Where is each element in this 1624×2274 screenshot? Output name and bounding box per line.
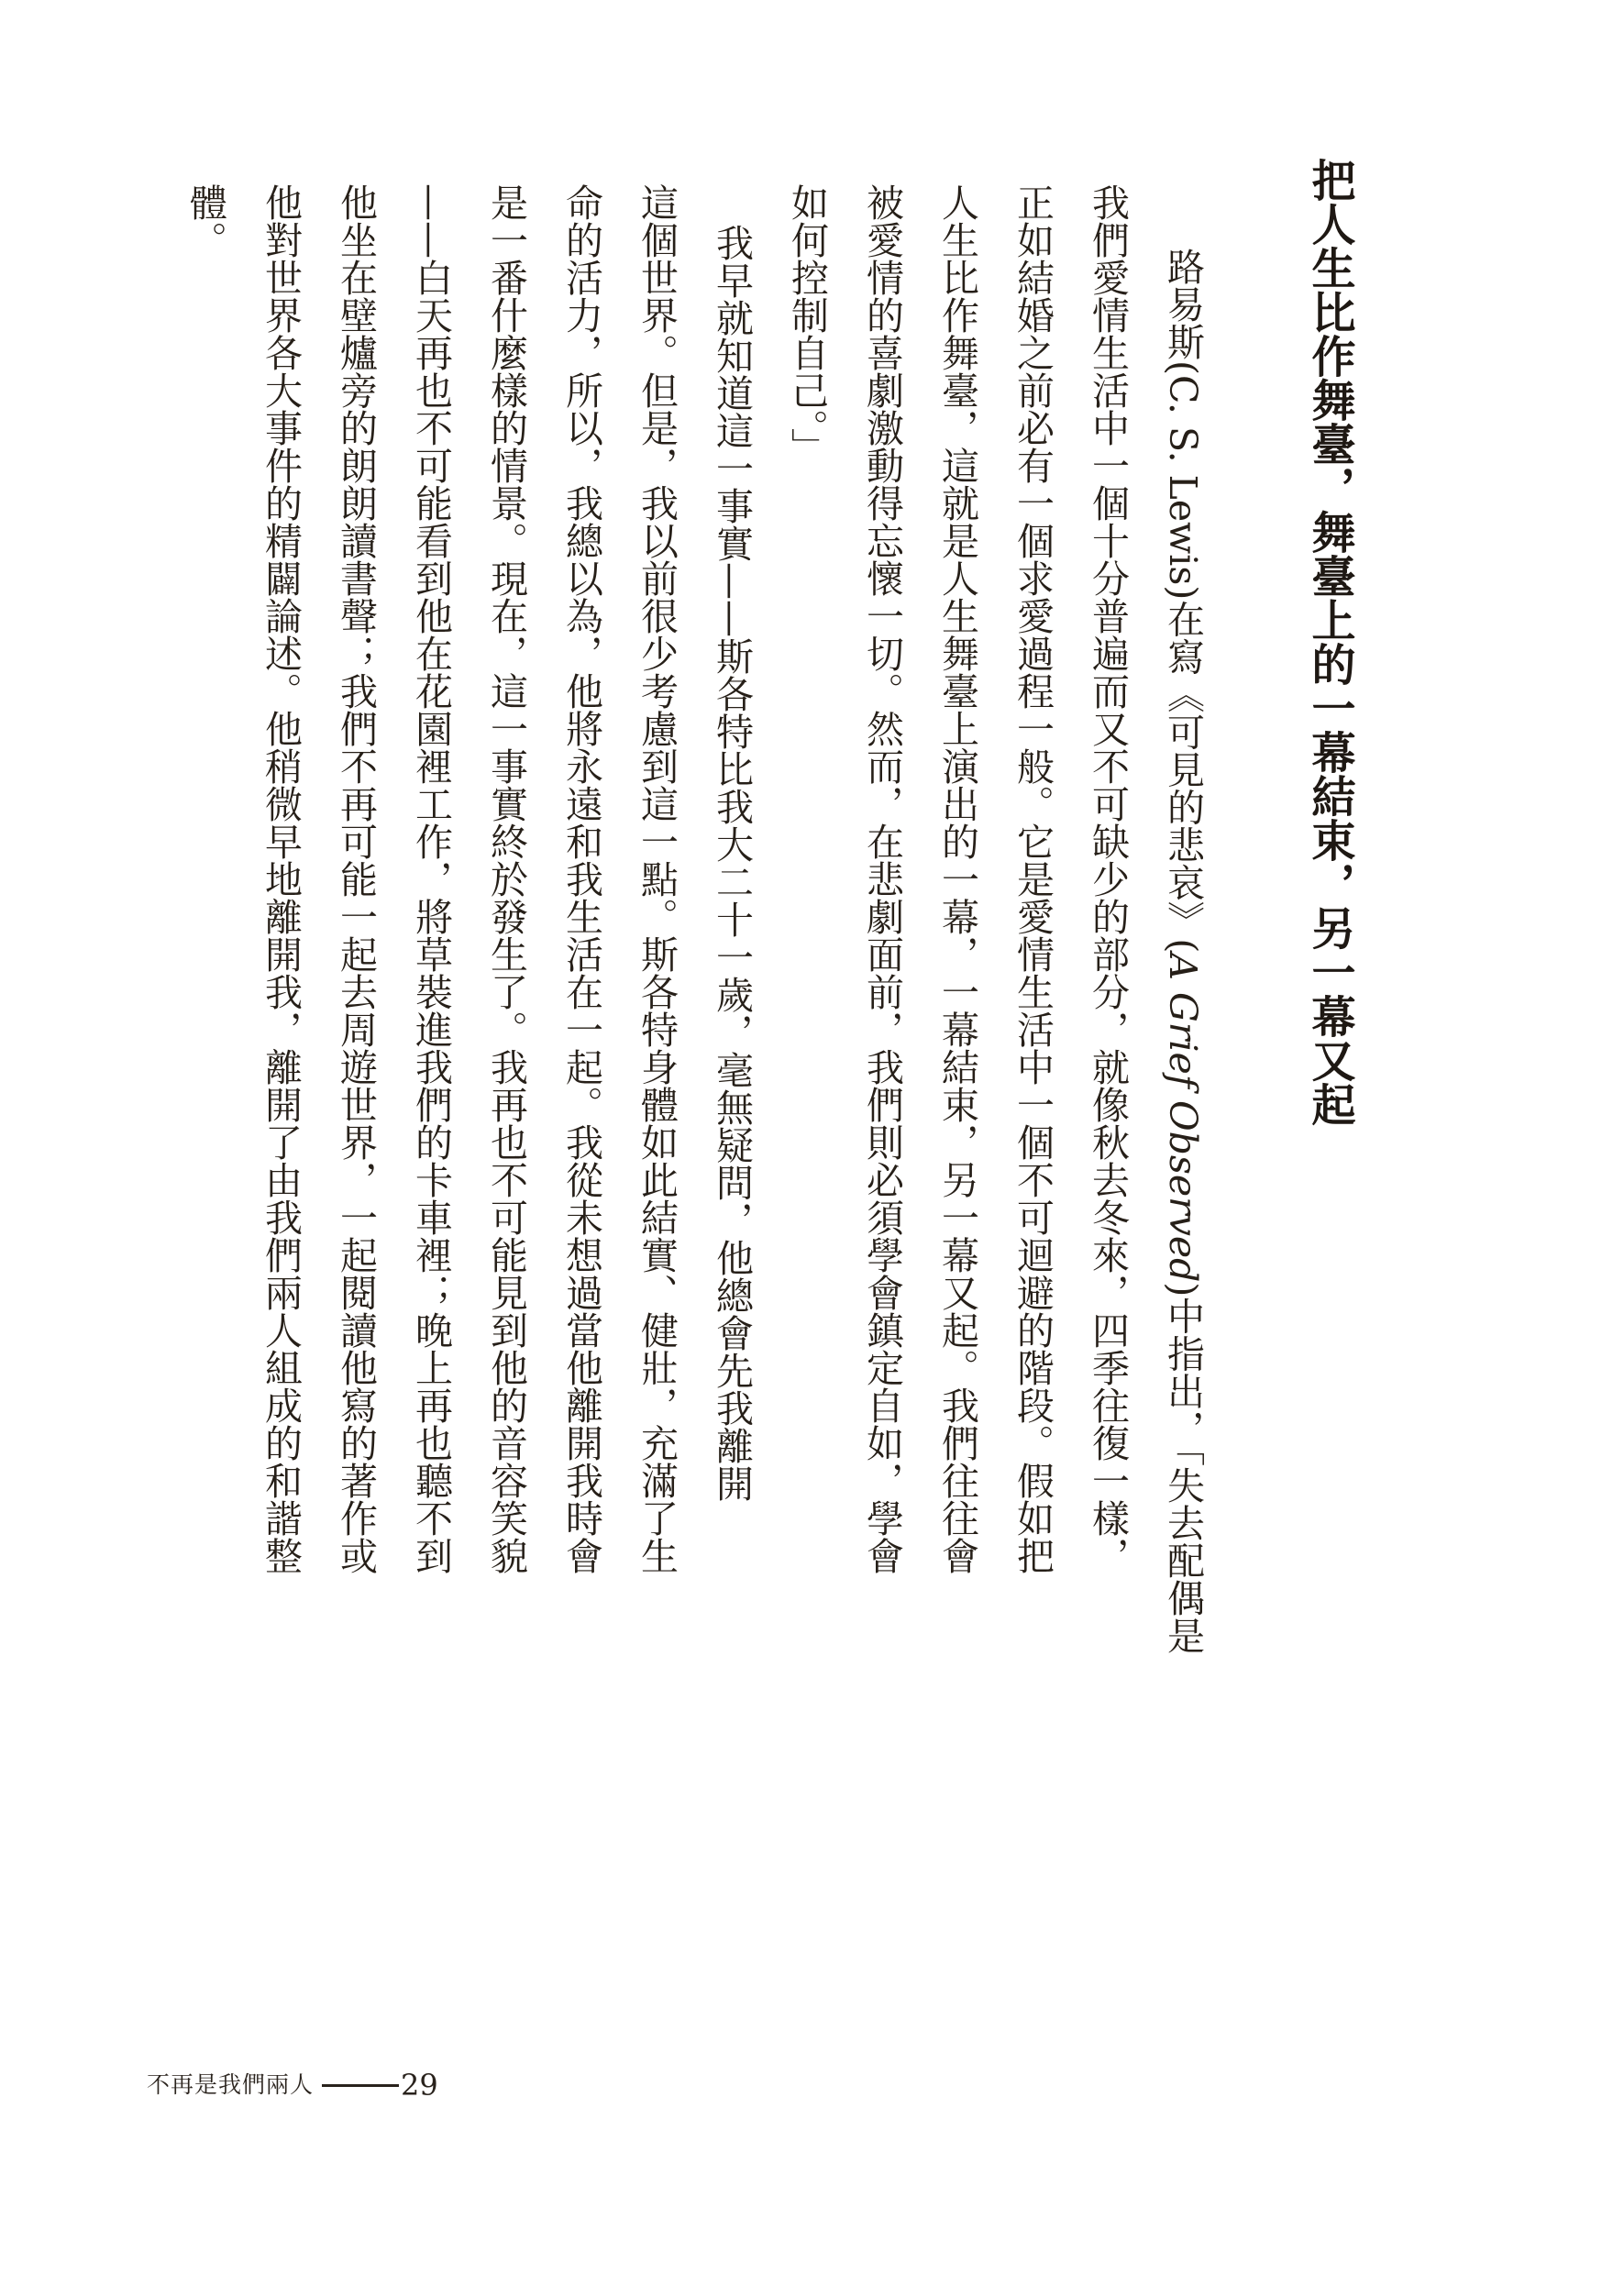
body-line: 命的活力，所以，我總以為，他將永遠和我生活在一起。我從未想過當他離開我時會 [561, 183, 602, 1574]
footer-book-title: 不再是我們兩人 [147, 2070, 314, 2100]
text-segment: 路易斯(C. S. Lewis)在寫《可見的悲哀》( [1161, 248, 1205, 953]
body-line: 我早就知道這一事實——斯各特比我大二十一歲，毫無疑問，他總會先我離開 [712, 183, 752, 1502]
text-segment: 人生比作舞臺，這就是人生舞臺上演出的一幕，一幕結束，另一幕又起。我們往往會 [935, 183, 979, 1574]
text-segment: 我們愛情生活中一個十分普遍而又不可缺少的部分，就像秋去冬來，四季往復一樣， [1086, 183, 1130, 1574]
text-segment: )中指出，「失去配偶是 [1161, 1282, 1205, 1654]
body-line: 如何控制自己。」 [787, 183, 827, 466]
text-segment: 我早就知道這一事實——斯各特比我大二十一歲，毫無疑問，他總會先我離開 [710, 224, 754, 1502]
text-segment: 這個世界。但是，我以前很少考慮到這一點。斯各特身體如此結實、健壯，充滿了生 [635, 183, 679, 1574]
text-segment: 正如結婚之前必有一個求愛過程一般。它是愛情生活中一個不可迴避的階段。假如把 [1011, 183, 1055, 1574]
footer: 不再是我們兩人 29 [147, 2070, 438, 2100]
body-line: 他坐在壁爐旁的朗朗讀書聲；我們不再可能一起去周遊世界，一起閱讀他寫的著作或 [336, 183, 376, 1574]
body-line: 這個世界。但是，我以前很少考慮到這一點。斯各特身體如此結實、健壯，充滿了生 [636, 183, 677, 1574]
chapter-title: 把人生比作舞臺，舞臺上的一幕結束，另一幕又起 [1308, 158, 1352, 1126]
body-line: 他對世界各大事件的精闢論述。他稍微早地離開我，離開了由我們兩人組成的和諧整 [260, 183, 301, 1574]
latin-italic-segment: A Grief Observed [1161, 953, 1205, 1282]
text-segment: 命的活力，所以，我總以為，他將永遠和我生活在一起。我從未想過當他離開我時會 [559, 183, 603, 1574]
body-line: 人生比作舞臺，這就是人生舞臺上演出的一幕，一幕結束，另一幕又起。我們往往會 [937, 183, 978, 1574]
body-line: 正如結婚之前必有一個求愛過程一般。它是愛情生活中一個不可迴避的階段。假如把 [1012, 183, 1053, 1574]
book-page: 把人生比作舞臺，舞臺上的一幕結束，另一幕又起 路易斯(C. S. Lewis)在… [0, 0, 1624, 2274]
body-line: 是一番什麼樣的情景。現在，這一事實終於發生了。我再也不可能見到他的音容笑貌 [486, 183, 526, 1574]
text-segment: 他坐在壁爐旁的朗朗讀書聲；我們不再可能一起去周遊世界，一起閱讀他寫的著作或 [334, 183, 378, 1574]
text-segment: 體。 [183, 183, 227, 259]
body-line: 被愛情的喜劇激動得忘懷一切。然而，在悲劇面前，我們則必須學會鎮定自如，學會 [862, 183, 902, 1574]
footer-rule [322, 2084, 399, 2087]
footer-page-number: 29 [401, 2070, 438, 2100]
body-line: 體。 [185, 183, 226, 259]
text-segment: 他對世界各大事件的精闢論述。他稍微早地離開我，離開了由我們兩人組成的和諧整 [259, 183, 303, 1574]
body-line: 路易斯(C. S. Lewis)在寫《可見的悲哀》(A Grief Observ… [1163, 183, 1203, 1654]
text-segment: 是一番什麼樣的情景。現在，這一事實終於發生了。我再也不可能見到他的音容笑貌 [484, 183, 528, 1574]
text-segment: 被愛情的喜劇激動得忘懷一切。然而，在悲劇面前，我們則必須學會鎮定自如，學會 [860, 183, 904, 1574]
body-line: ——白天再也不可能看到他在花園裡工作，將草裝進我們的卡車裡；晚上再也聽不到 [411, 183, 451, 1574]
text-segment: 如何控制自己。」 [785, 183, 829, 466]
body-line: 我們愛情生活中一個十分普遍而又不可缺少的部分，就像秋去冬來，四季往復一樣， [1088, 183, 1128, 1574]
text-segment: ——白天再也不可能看到他在花園裡工作，將草裝進我們的卡車裡；晚上再也聽不到 [409, 183, 453, 1574]
